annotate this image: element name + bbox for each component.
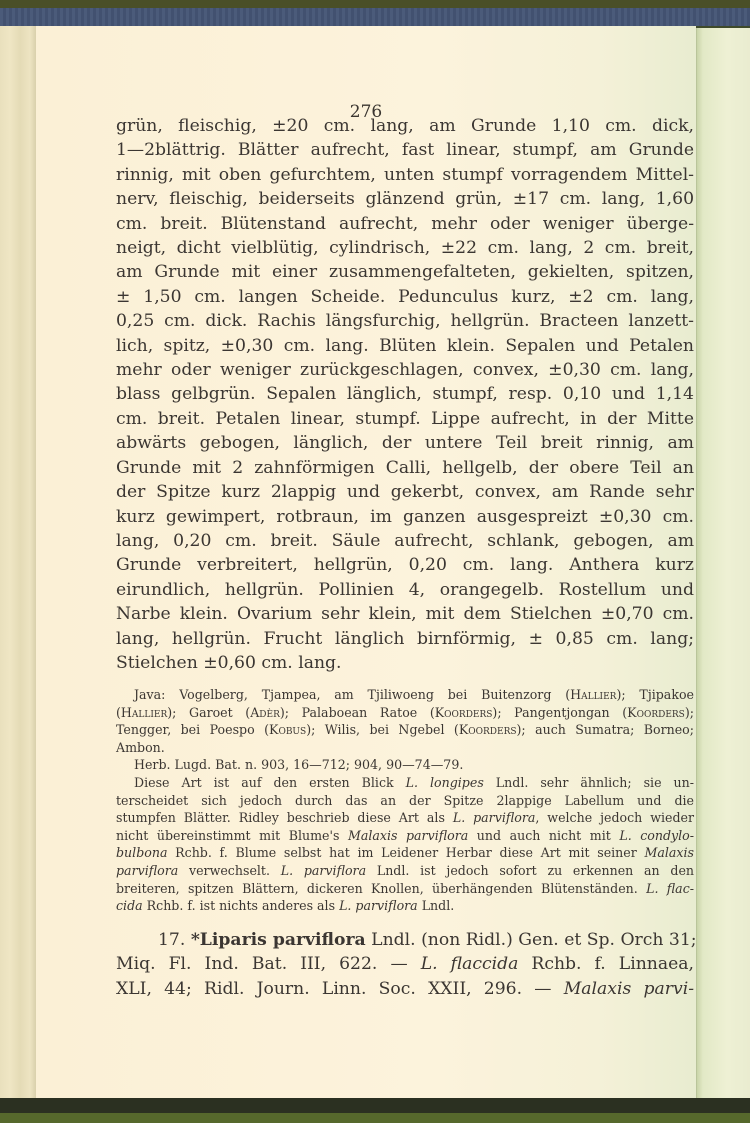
text-line: kurz gewimpert, rotbraun, im ganzen ausg… (116, 505, 694, 529)
text-line: Tengger, bei Poespo (Kobus); Wilis, bei … (116, 721, 694, 739)
species-name: *Liparis parviflora (191, 930, 366, 950)
text-line: Ambon. (116, 739, 694, 757)
text-line: rinnig, mit oben gefurchtem, unten stump… (116, 163, 694, 187)
taxon-name: bulbona (116, 845, 167, 860)
collector-name: Koorders (627, 705, 685, 720)
text-line: nerv, fleischig, beiderseits glänzend gr… (116, 187, 694, 211)
text-line: bulbona Rchb. f. Blume selbst hat im Lei… (116, 844, 694, 862)
text-line: am Grunde mit einer zusammengefalteten, … (116, 260, 694, 284)
entry-number: 17. (158, 930, 191, 950)
species-entry-17: 17. *Liparis parviflora Lndl. (non Ridl.… (116, 928, 694, 1001)
collector-name: Kobus (269, 722, 306, 737)
collector-name: Koorders (435, 705, 493, 720)
text-line: Narbe klein. Ovarium sehr klein, mit dem… (116, 602, 694, 626)
text-line: abwärts gebogen, länglich, der untere Te… (116, 431, 694, 455)
page-stack-edge (0, 26, 36, 1098)
taxon-name: L. parviflora (281, 863, 366, 878)
text-line: eirundlich, hellgrün. Pollinien 4, orang… (116, 578, 694, 602)
taxon-name: Malaxis parvi- (564, 979, 694, 999)
taxon-name: cida (116, 898, 143, 913)
taxon-name: Malaxis parviflora (348, 828, 468, 843)
text-line: cm. breit. Blütenstand aufrecht, mehr od… (116, 212, 694, 236)
text-line: cida Rchb. f. ist nichts anderes als L. … (116, 897, 694, 915)
notes-section: Java: Vogelberg, Tjampea, am Tjiliwoeng … (116, 686, 694, 915)
text-line: ± 1,50 cm. langen Scheide. Pedunculus ku… (116, 285, 694, 309)
text-line: lich, spitz, ±0,30 cm. lang. Blüten klei… (116, 334, 694, 358)
species-description: grün, fleischig, ±20 cm. lang, am Grunde… (116, 114, 694, 675)
text-line: cm. breit. Petalen linear, stumpf. Lippe… (116, 407, 694, 431)
text-line: Grunde mit 2 zahnförmigen Calli, hellgel… (116, 456, 694, 480)
taxon-name: Malaxis (644, 845, 694, 860)
taxon-name: L. condylo- (619, 828, 694, 843)
facing-page-edge (696, 28, 750, 1098)
text-line: 17. *Liparis parviflora Lndl. (non Ridl.… (116, 928, 694, 952)
taxon-name: L. longipes (406, 775, 484, 790)
text-line: 0,25 cm. dick. Rachis längsfurchig, hell… (116, 309, 694, 333)
text-line: blass gelbgrün. Sepalen länglich, stumpf… (116, 382, 694, 406)
collector-name: Hallier (570, 687, 616, 702)
text-line: (Hallier); Garoet (Adèr); Palaboean Rato… (116, 704, 694, 722)
scan-bottom-border (0, 1098, 750, 1113)
text-line: breiteren, spitzen Blättern, dickeren Kn… (116, 880, 694, 898)
text-line: Diese Art ist auf den ersten Blick L. lo… (116, 774, 694, 792)
text-line: lang, hellgrün. Frucht länglich birnförm… (116, 627, 694, 651)
text-line: Java: Vogelberg, Tjampea, am Tjiliwoeng … (116, 686, 694, 704)
collector-name: Adèr (250, 705, 280, 720)
taxon-name: L. parviflora (339, 898, 418, 913)
text-line: Miq. Fl. Ind. Bat. III, 622. — L. flacci… (116, 952, 694, 976)
text-line: terscheidet sich jedoch durch das an der… (116, 792, 694, 810)
scan-bottom-strip (0, 1113, 750, 1123)
text-line: lang, 0,20 cm. breit. Säule aufrecht, sc… (116, 529, 694, 553)
text-line: Stielchen ±0,60 cm. lang. (116, 651, 694, 675)
taxon-name: L. flac- (646, 881, 694, 896)
text-line: nicht übereinstimmt mit Blume's Malaxis … (116, 827, 694, 845)
text-line: 1—2blättrig. Blätter aufrecht, fast line… (116, 138, 694, 162)
text-line: Grunde verbreitert, hellgrün, 0,20 cm. l… (116, 553, 694, 577)
text-line: der Spitze kurz 2lappig und gekerbt, con… (116, 480, 694, 504)
taxon-name: parviflora (116, 863, 178, 878)
text-line: grün, fleischig, ±20 cm. lang, am Grunde… (116, 114, 694, 138)
taxon-name: L. flaccida (421, 954, 519, 974)
book-cover-edge (0, 8, 750, 26)
text-line: parviflora verwechselt. L. parviflora Ln… (116, 862, 694, 880)
text-line: neigt, dicht vielblütig, cylindrisch, ±2… (116, 236, 694, 260)
collector-name: Hallier (121, 705, 167, 720)
text-line: stumpfen Blätter. Ridley beschrieb diese… (116, 809, 694, 827)
text-line: XLI, 44; Ridl. Journ. Linn. Soc. XXII, 2… (116, 977, 694, 1001)
discussion: Diese Art ist auf den ersten Blick L. lo… (116, 774, 694, 915)
text-line: mehr oder weniger zurückgeschlagen, conv… (116, 358, 694, 382)
herbarium-reference: Herb. Lugd. Bat. n. 903, 16—712; 904, 90… (116, 756, 694, 774)
scan-top-border (0, 0, 750, 8)
localities: Java: Vogelberg, Tjampea, am Tjiliwoeng … (116, 686, 694, 756)
taxon-name: L. parviflora (453, 810, 536, 825)
collector-name: Koorders (459, 722, 517, 737)
